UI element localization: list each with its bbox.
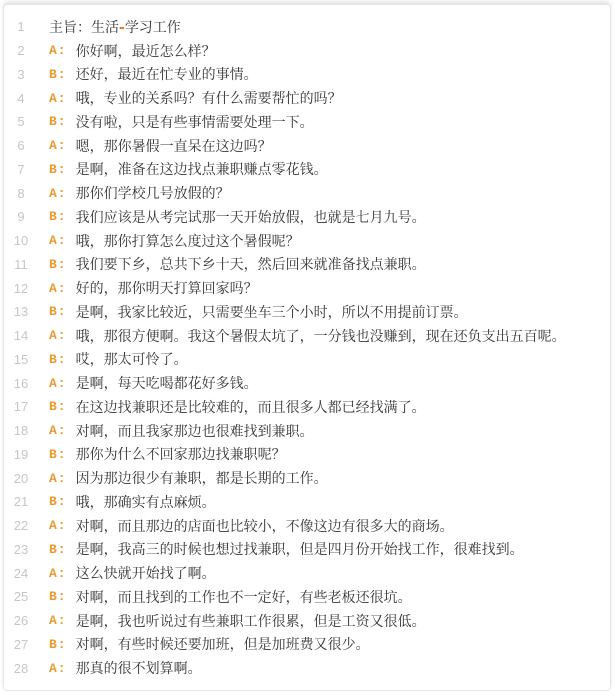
subject-segment-after: 学习工作 <box>125 20 181 36</box>
dialogue-text: 哦，那很方便啊。我这个暑假太坑了，一分钱也没赚到，现在还负支出五百呢。 <box>76 326 566 346</box>
dialogue-row: 15 B: 哎，那太可怜了。 <box>4 348 610 372</box>
dialogue-row: 22 A: 对啊，而且那边的店面也比较小，不像这边有很多大的商场。 <box>4 514 610 538</box>
speaker-label: B: <box>49 67 67 82</box>
dialogue-row: 4 A: 哦，专业的关系吗？有什么需要帮忙的吗？ <box>4 86 610 110</box>
dialogue-row: 3 B: 还好，最近在忙专业的事情。 <box>4 63 610 87</box>
line-number: 7 <box>4 162 38 177</box>
speaker-label: A: <box>49 91 67 106</box>
speaker-label: B: <box>49 209 67 224</box>
speaker-label: B: <box>49 447 67 462</box>
dialogue-text: 还好，最近在忙专业的事情。 <box>76 64 258 84</box>
dialogue-text: 哦，那确实有点麻烦。 <box>76 492 216 512</box>
dialogue-row: 19 B: 那你为什么不回家那边找兼职呢？ <box>4 443 610 467</box>
dialogue-row: 24 A: 这么快就开始找了啊。 <box>4 561 610 585</box>
speaker-label: B: <box>49 494 67 509</box>
dialogue-row: 9 B: 我们应该是从考完试那一天开始放假，也就是七月九号。 <box>4 205 610 229</box>
line-number: 8 <box>4 186 38 201</box>
speaker-label: A: <box>49 423 67 438</box>
line-number: 28 <box>4 661 38 676</box>
subject-segment-before: 生活 <box>91 20 119 36</box>
speaker-label: A: <box>49 661 67 676</box>
dialogue-text: 对啊，而且我家那边也很难找到兼职。 <box>76 421 314 441</box>
speaker-label: A: <box>49 43 67 58</box>
line-number: 24 <box>4 566 38 581</box>
line-number: 19 <box>4 447 38 462</box>
line-number: 23 <box>4 542 38 557</box>
dialogue-text: 是啊，准备在这边找点兼职赚点零花钱。 <box>76 159 328 179</box>
line-number: 18 <box>4 423 38 438</box>
dialogue-text: 因为那边很少有兼职，都是长期的工作。 <box>76 468 328 488</box>
dialogue-text: 那你为什么不回家那边找兼职呢？ <box>76 444 286 464</box>
dialogue-text: 你好啊，最近怎么样？ <box>76 41 216 61</box>
line-number: 21 <box>4 494 38 509</box>
dialogue-row: 25 B: 对啊，而且找到的工作也不一定好，有些老板还很坑。 <box>4 585 610 609</box>
dialogue-text: 是啊，我家比较近，只需要坐车三个小时，所以不用提前订票。 <box>76 302 468 322</box>
dialogue-list: 2 A: 你好啊，最近怎么样？ 3 B: 还好，最近在忙专业的事情。 4 A: … <box>4 39 610 680</box>
speaker-label: A: <box>49 186 67 201</box>
dialogue-row: 28 A: 那真的很不划算啊。 <box>4 656 610 680</box>
speaker-label: A: <box>49 281 67 296</box>
dialogue-row: 27 B: 对啊，有些时候还要加班，但是加班费又很少。 <box>4 633 610 657</box>
speaker-label: A: <box>49 518 67 533</box>
dialogue-text: 哎，那太可怜了。 <box>76 349 188 369</box>
dialogue-row: 10 A: 哦，那你打算怎么度过这个暑假呢？ <box>4 229 610 253</box>
subject-text: 主旨：生活-学习工作 <box>49 17 181 37</box>
speaker-label: A: <box>49 613 67 628</box>
line-number: 14 <box>4 328 38 343</box>
dialogue-row: 7 B: 是啊，准备在这边找点兼职赚点零花钱。 <box>4 158 610 182</box>
speaker-label: B: <box>49 114 67 129</box>
dialogue-row: 5 B: 没有啦，只是有些事情需要处理一下。 <box>4 110 610 134</box>
dialogue-text: 那真的很不划算啊。 <box>76 658 202 678</box>
transcript-panel: 1 主旨：生活-学习工作 2 A: 你好啊，最近怎么样？ 3 B: 还好，最近在… <box>3 4 611 691</box>
dialogue-text: 哦，那你打算怎么度过这个暑假呢？ <box>76 231 300 251</box>
dialogue-text: 好的，那你明天打算回家吗？ <box>76 278 258 298</box>
speaker-label: B: <box>49 304 67 319</box>
dialogue-text: 我们应该是从考完试那一天开始放假，也就是七月九号。 <box>76 207 426 227</box>
dialogue-row: 18 A: 对啊，而且我家那边也很难找到兼职。 <box>4 419 610 443</box>
line-number: 15 <box>4 352 38 367</box>
line-number: 17 <box>4 399 38 414</box>
line-number: 27 <box>4 637 38 652</box>
dialogue-text: 这么快就开始找了啊。 <box>76 563 216 583</box>
line-number: 26 <box>4 613 38 628</box>
dialogue-row: 21 B: 哦，那确实有点麻烦。 <box>4 490 610 514</box>
line-number: 1 <box>4 19 38 34</box>
dialogue-text: 哦，专业的关系吗？有什么需要帮忙的吗？ <box>76 88 342 108</box>
line-number: 5 <box>4 114 38 129</box>
speaker-label: A: <box>49 566 67 581</box>
dialogue-row: 6 A: 嗯，那你暑假一直呆在这边吗？ <box>4 134 610 158</box>
subject-row: 1 主旨：生活-学习工作 <box>4 15 610 39</box>
dialogue-row: 23 B: 是啊，我高三的时候也想过找兼职，但是四月份开始找工作，很难找到。 <box>4 538 610 562</box>
line-number: 4 <box>4 91 38 106</box>
dialogue-text: 没有啦，只是有些事情需要处理一下。 <box>76 112 314 132</box>
dialogue-text: 是啊，我也听说过有些兼职工作很累，但是工资又很低。 <box>76 611 426 631</box>
dialogue-text: 那你们学校几号放假的？ <box>76 183 230 203</box>
subject-prefix: 主旨： <box>49 20 91 36</box>
dialogue-row: 16 A: 是啊，每天吃喝都花好多钱。 <box>4 371 610 395</box>
speaker-label: A: <box>49 233 67 248</box>
dialogue-row: 11 B: 我们要下乡，总共下乡十天，然后回来就准备找点兼职。 <box>4 253 610 277</box>
dialogue-row: 17 B: 在这边找兼职还是比较难的，而且很多人都已经找满了。 <box>4 395 610 419</box>
line-number: 2 <box>4 43 38 58</box>
dialogue-row: 20 A: 因为那边很少有兼职，都是长期的工作。 <box>4 466 610 490</box>
line-number: 12 <box>4 281 38 296</box>
line-number: 11 <box>4 257 38 272</box>
dialogue-text: 是啊，每天吃喝都花好多钱。 <box>76 373 258 393</box>
dialogue-text: 我们要下乡，总共下乡十天，然后回来就准备找点兼职。 <box>76 254 426 274</box>
line-number: 3 <box>4 67 38 82</box>
dialogue-row: 14 A: 哦，那很方便啊。我这个暑假太坑了，一分钱也没赚到，现在还负支出五百呢… <box>4 324 610 348</box>
speaker-label: A: <box>49 328 67 343</box>
line-number: 10 <box>4 233 38 248</box>
line-number: 25 <box>4 589 38 604</box>
dialogue-row: 2 A: 你好啊，最近怎么样？ <box>4 39 610 63</box>
dialogue-text: 对啊，有些时候还要加班，但是加班费又很少。 <box>76 634 370 654</box>
line-number: 16 <box>4 376 38 391</box>
speaker-label: B: <box>49 589 67 604</box>
speaker-label: B: <box>49 542 67 557</box>
line-number: 6 <box>4 138 38 153</box>
dialogue-text: 对啊，而且那边的店面也比较小，不像这边有很多大的商场。 <box>76 516 454 536</box>
dialogue-text: 嗯，那你暑假一直呆在这边吗？ <box>76 136 272 156</box>
line-number: 13 <box>4 304 38 319</box>
speaker-label: A: <box>49 376 67 391</box>
dialogue-row: 8 A: 那你们学校几号放假的？ <box>4 181 610 205</box>
speaker-label: B: <box>49 257 67 272</box>
speaker-label: A: <box>49 471 67 486</box>
speaker-label: B: <box>49 162 67 177</box>
line-number: 9 <box>4 209 38 224</box>
line-number: 20 <box>4 471 38 486</box>
dialogue-text: 是啊，我高三的时候也想过找兼职，但是四月份开始找工作，很难找到。 <box>76 539 524 559</box>
dialogue-row: 12 A: 好的，那你明天打算回家吗？ <box>4 276 610 300</box>
speaker-label: B: <box>49 637 67 652</box>
dialogue-row: 26 A: 是啊，我也听说过有些兼职工作很累，但是工资又很低。 <box>4 609 610 633</box>
dialogue-text: 在这边找兼职还是比较难的，而且很多人都已经找满了。 <box>76 397 426 417</box>
dialogue-text: 对啊，而且找到的工作也不一定好，有些老板还很坑。 <box>76 587 412 607</box>
dialogue-row: 13 B: 是啊，我家比较近，只需要坐车三个小时，所以不用提前订票。 <box>4 300 610 324</box>
speaker-label: B: <box>49 352 67 367</box>
speaker-label: A: <box>49 138 67 153</box>
line-number: 22 <box>4 518 38 533</box>
speaker-label: B: <box>49 399 67 414</box>
